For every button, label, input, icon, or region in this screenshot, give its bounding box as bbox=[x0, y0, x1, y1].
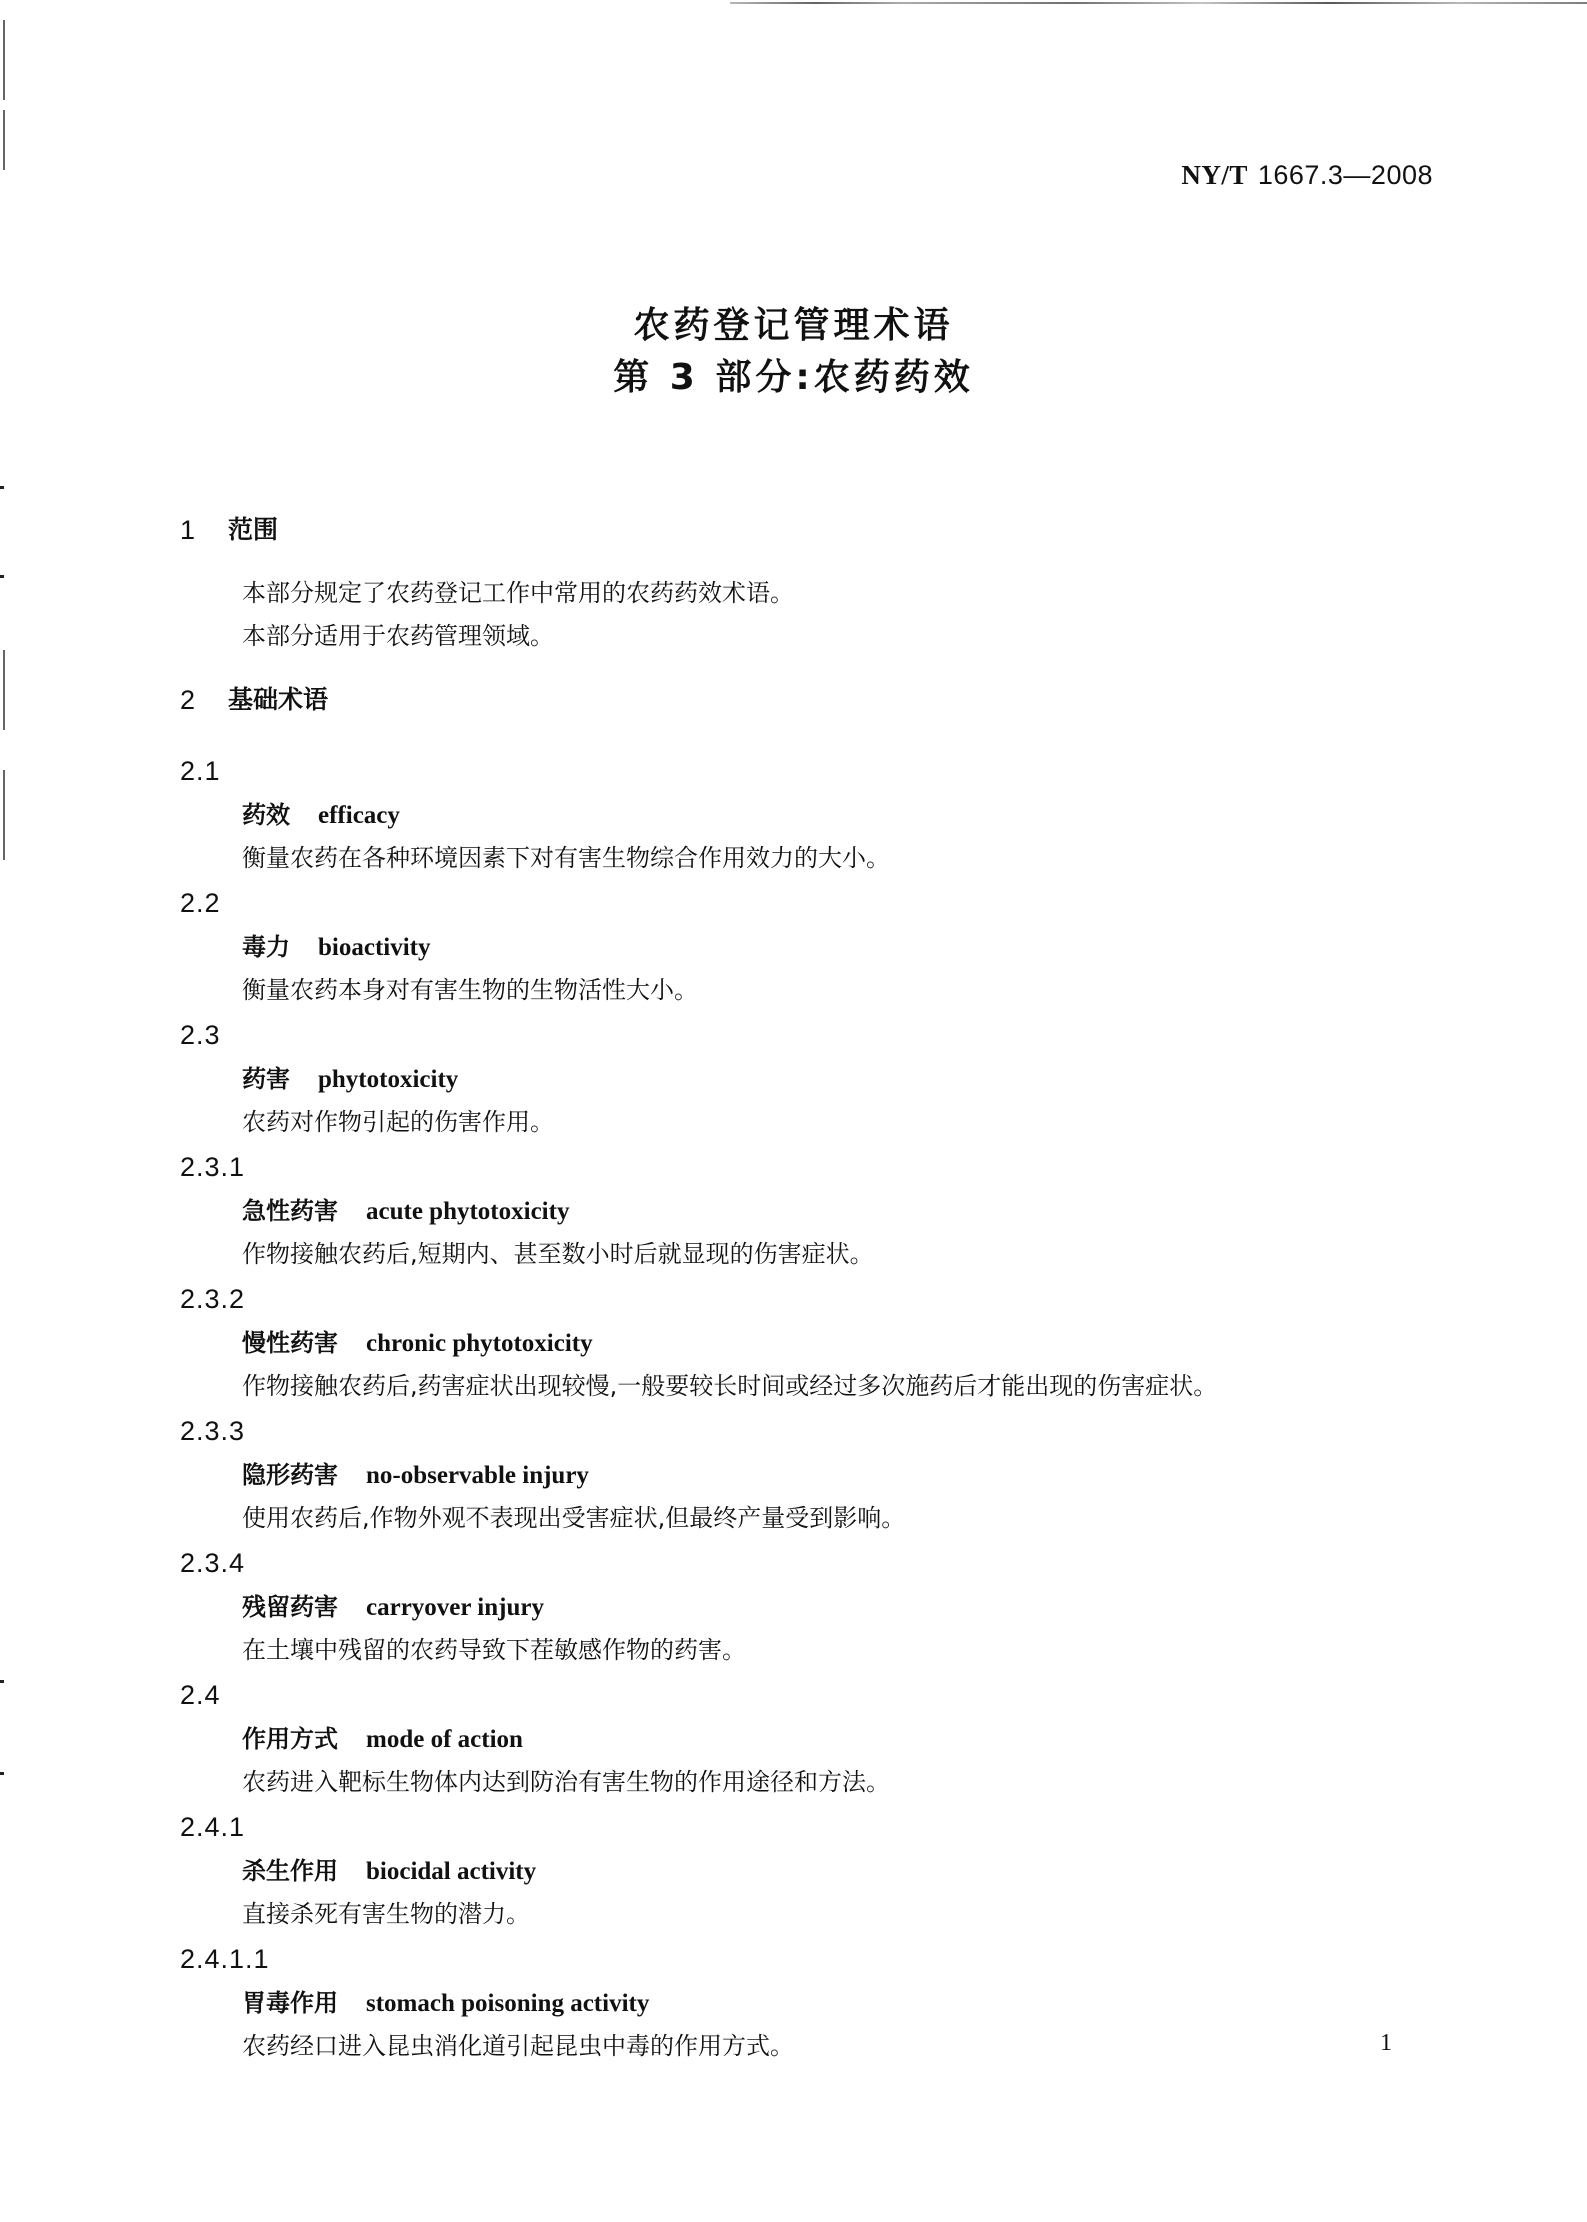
standard-number: 1667.3—2008 bbox=[1258, 160, 1433, 190]
term-entry: 2.3.1 急性药害acute phytotoxicity 作物接触农药后,短期… bbox=[180, 1146, 1440, 1276]
section-number: 2 bbox=[180, 678, 228, 722]
scan-artifact-top-line bbox=[730, 2, 1587, 4]
term-entry: 2.4 作用方式mode of action 农药进入靶标生物体内达到防治有害生… bbox=[180, 1674, 1440, 1804]
section-heading-basic-terms: 2 基础术语 bbox=[180, 678, 1440, 722]
term-zh: 作用方式 bbox=[242, 1725, 338, 1753]
term-definition: 直接杀死有害生物的潜力。 bbox=[242, 1893, 1440, 1936]
scan-artifact-left-line bbox=[3, 20, 5, 100]
term-definition: 农药经口进入昆虫消化道引起昆虫中毒的作用方式。 bbox=[242, 2025, 1440, 2068]
term-definition: 作物接触农药后,药害症状出现较慢,一般要较长时间或经过多次施药后才能出现的伤害症… bbox=[242, 1365, 1440, 1408]
term-definition: 衡量农药本身对有害生物的生物活性大小。 bbox=[242, 969, 1440, 1012]
term-zh: 残留药害 bbox=[242, 1593, 338, 1621]
term-number: 2.3.1 bbox=[180, 1146, 1440, 1189]
term-entry: 2.4.1.1 胃毒作用stomach poisoning activity 农… bbox=[180, 1938, 1440, 2068]
term-en: phytotoxicity bbox=[318, 1066, 458, 1093]
term-number: 2.4.1.1 bbox=[180, 1938, 1440, 1981]
scan-artifact-dot bbox=[0, 1680, 4, 1683]
term-zh: 胃毒作用 bbox=[242, 1989, 338, 2017]
term-en: bioactivity bbox=[318, 934, 431, 961]
term-zh: 急性药害 bbox=[242, 1197, 338, 1225]
term-title: 药害phytotoxicity bbox=[242, 1057, 1440, 1101]
term-definition: 作物接触农药后,短期内、甚至数小时后就显现的伤害症状。 bbox=[242, 1233, 1440, 1276]
term-definition: 使用农药后,作物外观不表现出受害症状,但最终产量受到影响。 bbox=[242, 1497, 1440, 1540]
term-en: chronic phytotoxicity bbox=[366, 1330, 593, 1357]
term-title: 急性药害acute phytotoxicity bbox=[242, 1189, 1440, 1233]
term-entry: 2.1 药效efficacy 衡量农药在各种环境因素下对有害生物综合作用效力的大… bbox=[180, 750, 1440, 880]
term-en: biocidal activity bbox=[366, 1858, 536, 1885]
scan-artifact-left-line bbox=[3, 650, 5, 730]
term-definition: 在土壤中残留的农药导致下茬敏感作物的药害。 bbox=[242, 1629, 1440, 1672]
term-number: 2.4.1 bbox=[180, 1806, 1440, 1849]
section-title: 范围 bbox=[228, 508, 278, 552]
scan-artifact-dot bbox=[0, 1772, 4, 1775]
document-code: NY/T1667.3—2008 bbox=[1181, 160, 1433, 191]
title-main: 农药登记管理术语 bbox=[0, 300, 1587, 352]
section-number: 1 bbox=[180, 508, 228, 552]
term-title: 杀生作用biocidal activity bbox=[242, 1849, 1440, 1893]
term-title: 作用方式mode of action bbox=[242, 1717, 1440, 1761]
term-en: efficacy bbox=[318, 802, 400, 829]
term-number: 2.2 bbox=[180, 882, 1440, 925]
term-title: 隐形药害no-observable injury bbox=[242, 1453, 1440, 1497]
paragraph: 本部分规定了农药登记工作中常用的农药药效术语。 bbox=[242, 572, 1440, 615]
term-zh: 隐形药害 bbox=[242, 1461, 338, 1489]
term-definition: 衡量农药在各种环境因素下对有害生物综合作用效力的大小。 bbox=[242, 837, 1440, 880]
document-body: 1 范围 本部分规定了农药登记工作中常用的农药药效术语。 本部分适用于农药管理领… bbox=[180, 508, 1440, 2070]
term-en: acute phytotoxicity bbox=[366, 1198, 569, 1225]
scan-artifact-dot bbox=[0, 486, 4, 489]
term-zh: 慢性药害 bbox=[242, 1329, 338, 1357]
term-entry: 2.4.1 杀生作用biocidal activity 直接杀死有害生物的潜力。 bbox=[180, 1806, 1440, 1936]
page-number: 1 bbox=[1380, 2030, 1392, 2057]
standard-prefix: NY/T bbox=[1181, 160, 1248, 190]
section-heading-scope: 1 范围 bbox=[180, 508, 1440, 552]
term-number: 2.3.4 bbox=[180, 1542, 1440, 1585]
term-zh: 杀生作用 bbox=[242, 1857, 338, 1885]
term-definition: 农药对作物引起的伤害作用。 bbox=[242, 1101, 1440, 1144]
scan-artifact-left-line bbox=[3, 110, 5, 170]
title-part: 第 3 部分:农药药效 bbox=[0, 352, 1587, 404]
term-entry: 2.3 药害phytotoxicity 农药对作物引起的伤害作用。 bbox=[180, 1014, 1440, 1144]
term-en: mode of action bbox=[366, 1726, 523, 1753]
term-en: stomach poisoning activity bbox=[366, 1990, 649, 2017]
term-number: 2.3.2 bbox=[180, 1278, 1440, 1321]
term-entry: 2.3.3 隐形药害no-observable injury 使用农药后,作物外… bbox=[180, 1410, 1440, 1540]
document-title: 农药登记管理术语 第 3 部分:农药药效 bbox=[0, 300, 1587, 404]
term-title: 慢性药害chronic phytotoxicity bbox=[242, 1321, 1440, 1365]
term-zh: 毒力 bbox=[242, 933, 290, 961]
term-en: no-observable injury bbox=[366, 1462, 589, 1489]
scan-artifact-dot bbox=[0, 575, 4, 578]
term-number: 2.4 bbox=[180, 1674, 1440, 1717]
term-entry: 2.3.2 慢性药害chronic phytotoxicity 作物接触农药后,… bbox=[180, 1278, 1440, 1408]
term-zh: 药效 bbox=[242, 801, 290, 829]
term-entry: 2.3.4 残留药害carryover injury 在土壤中残留的农药导致下茬… bbox=[180, 1542, 1440, 1672]
term-zh: 药害 bbox=[242, 1065, 290, 1093]
term-number: 2.1 bbox=[180, 750, 1440, 793]
term-title: 药效efficacy bbox=[242, 793, 1440, 837]
term-title: 残留药害carryover injury bbox=[242, 1585, 1440, 1629]
term-entry: 2.2 毒力bioactivity 衡量农药本身对有害生物的生物活性大小。 bbox=[180, 882, 1440, 1012]
term-en: carryover injury bbox=[366, 1594, 544, 1621]
term-title: 胃毒作用stomach poisoning activity bbox=[242, 1981, 1440, 2025]
term-title: 毒力bioactivity bbox=[242, 925, 1440, 969]
term-definition: 农药进入靶标生物体内达到防治有害生物的作用途径和方法。 bbox=[242, 1761, 1440, 1804]
term-number: 2.3 bbox=[180, 1014, 1440, 1057]
paragraph: 本部分适用于农药管理领域。 bbox=[242, 615, 1440, 658]
term-number: 2.3.3 bbox=[180, 1410, 1440, 1453]
scan-artifact-left-line bbox=[3, 770, 5, 860]
section-title: 基础术语 bbox=[228, 678, 328, 722]
